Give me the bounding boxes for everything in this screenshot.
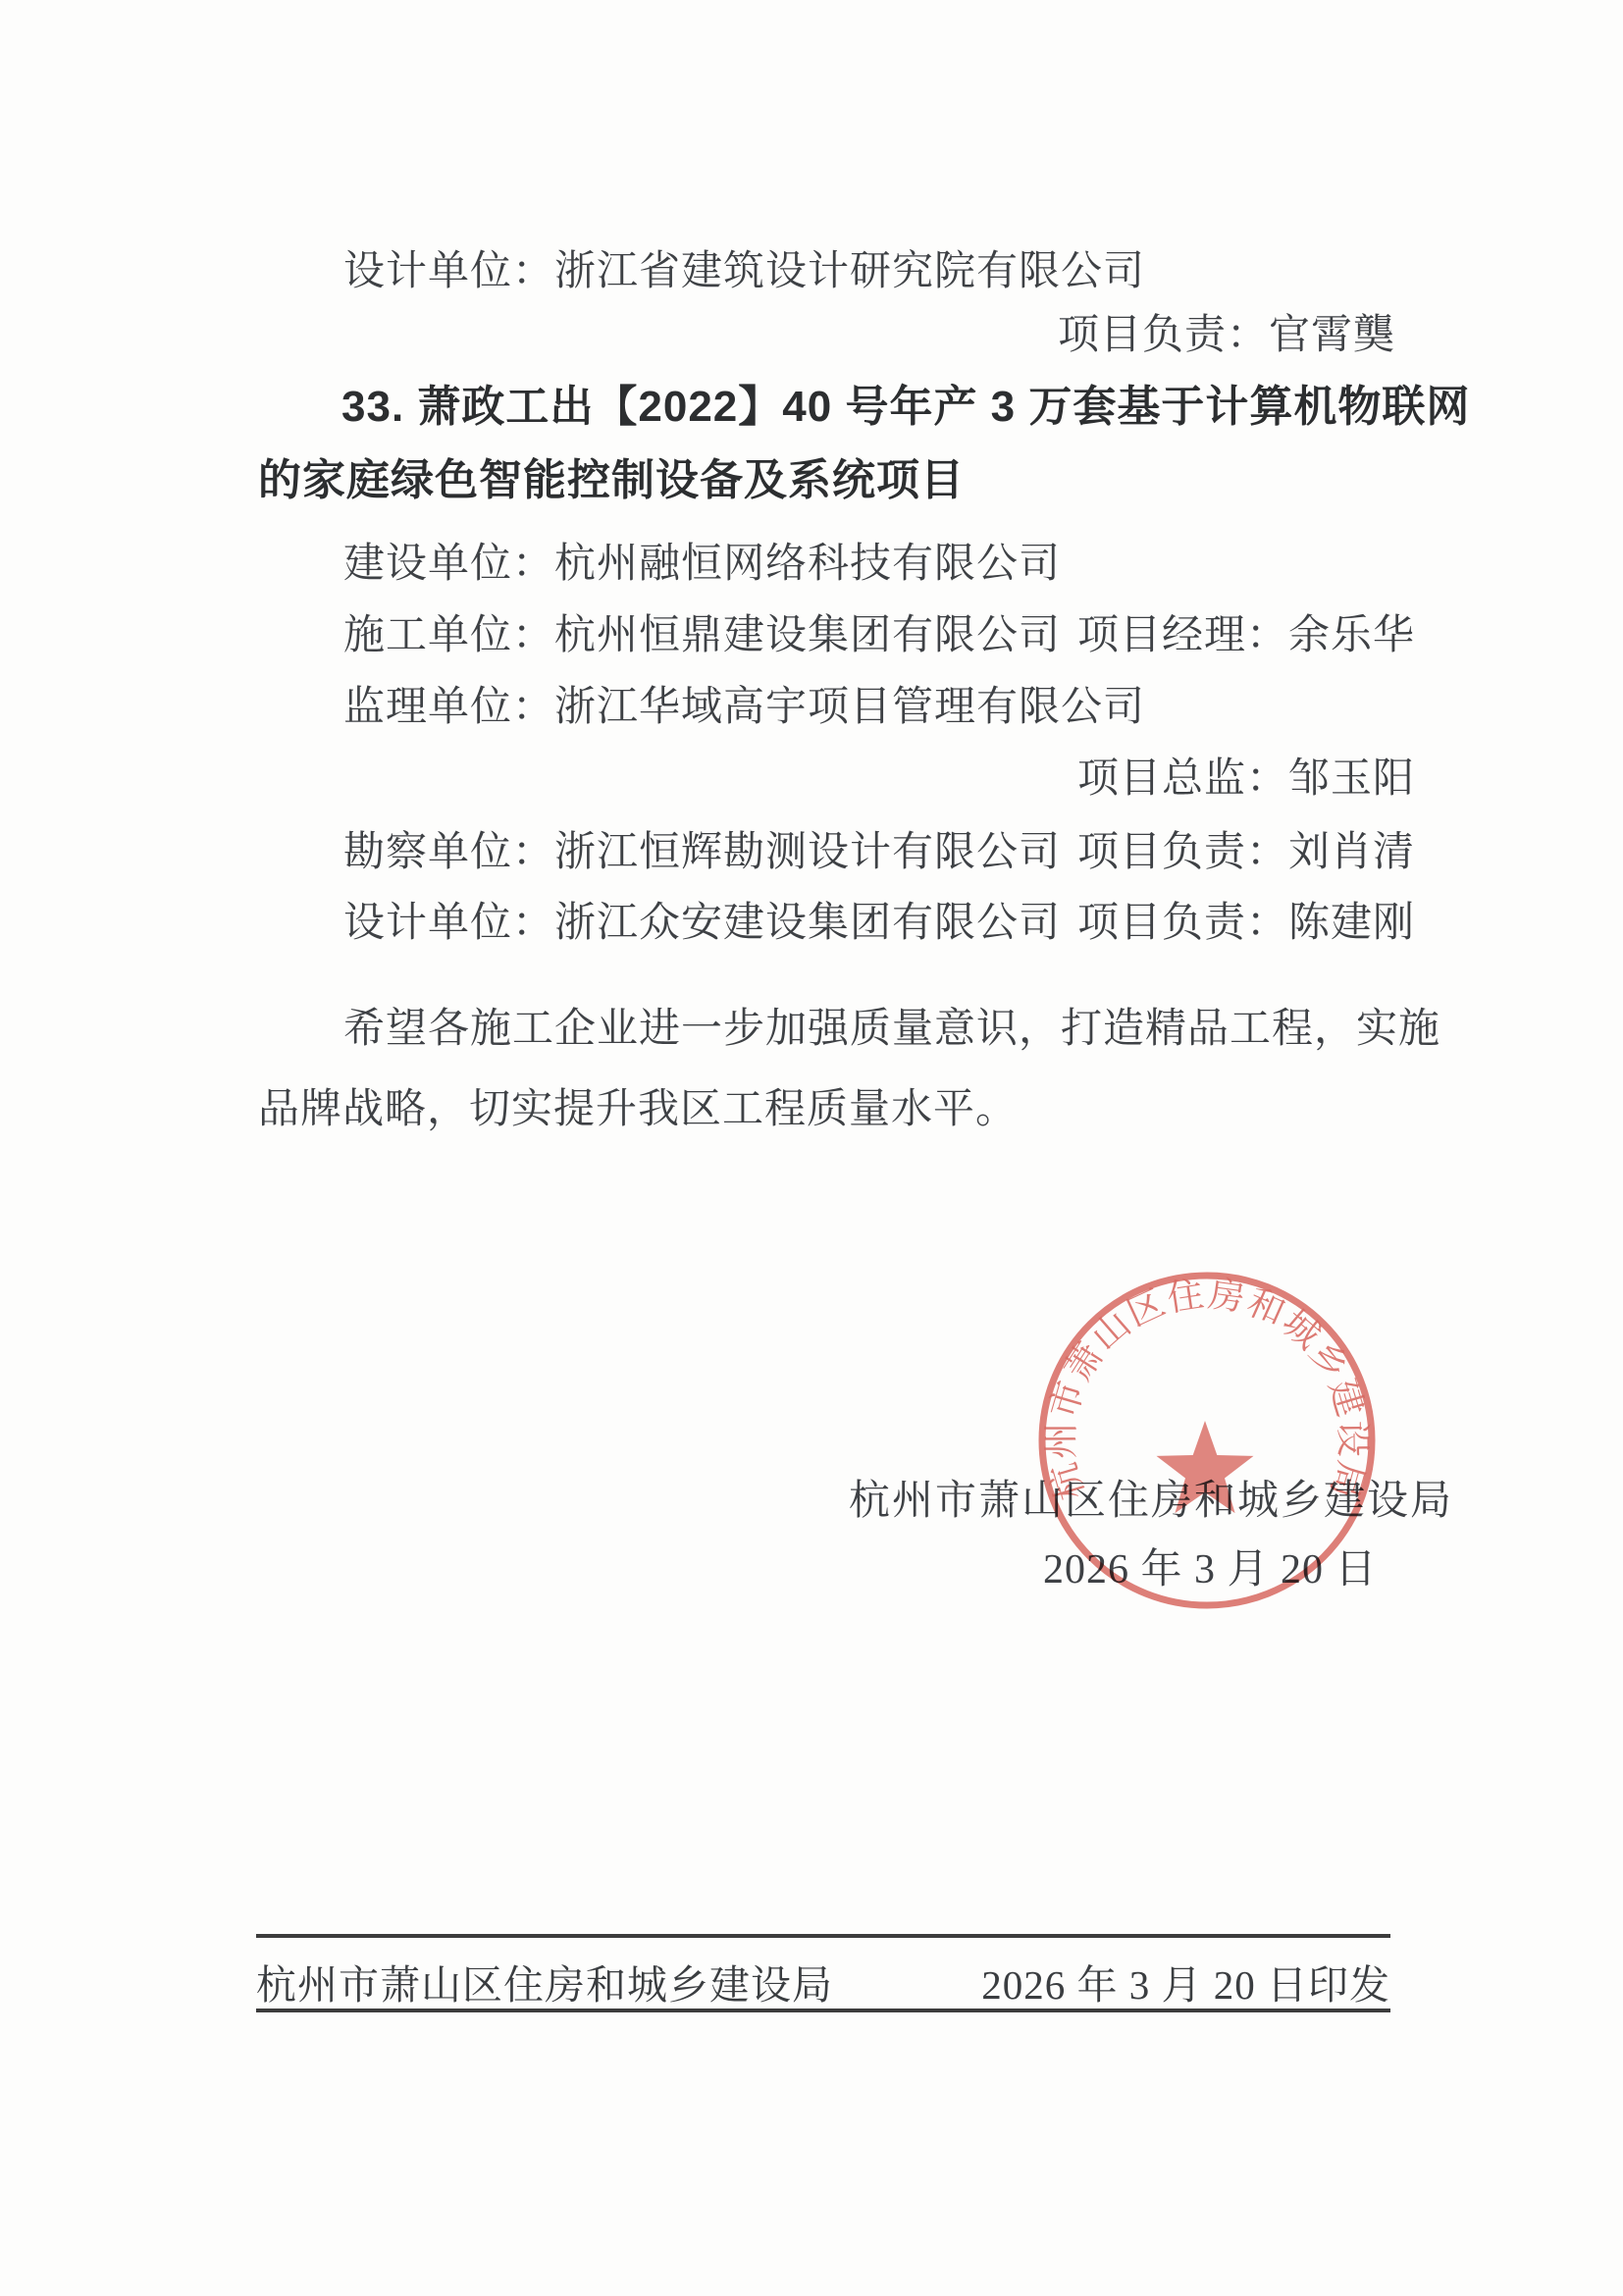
design-unit-line: 设计单位：浙江众安建设集团有限公司 <box>343 890 1061 949</box>
carryover-design-lead-line: 项目负责：官霄龑 <box>1058 302 1395 361</box>
footer-bottom-rule <box>256 2009 1390 2012</box>
design-lead-line: 项目负责：陈建刚 <box>1077 890 1415 949</box>
seal-star-icon <box>1157 1421 1254 1513</box>
construct-unit-line: 施工单位：杭州恒鼎建设集团有限公司 <box>343 602 1061 661</box>
build-unit-line: 建设单位：杭州融恒网络科技有限公司 <box>343 531 1061 590</box>
footer-top-rule <box>256 1934 1390 1938</box>
closing-paragraph-line1: 希望各施工企业进一步加强质量意识，打造精品工程，实施 <box>343 996 1440 1055</box>
carryover-design-unit-line: 设计单位：浙江省建筑设计研究院有限公司 <box>343 238 1145 297</box>
supervise-chief-line: 项目总监：邹玉阳 <box>1077 746 1415 805</box>
project-heading-line2: 的家庭绿色智能控制设备及系统项目 <box>258 444 965 507</box>
survey-lead-line: 项目负责：刘肖清 <box>1077 819 1415 878</box>
footer-issuer: 杭州市萧山区住房和城乡建设局 <box>256 1953 833 2010</box>
official-seal-stamp-icon: 杭州市萧山区住房和城乡建设局 <box>1021 1254 1393 1627</box>
closing-paragraph-line2: 品牌战略，切实提升我区工程质量水平。 <box>258 1076 1018 1135</box>
footer-print-date: 2026 年 3 月 20 日印发 <box>981 1953 1390 2010</box>
official-document-page: 设计单位：浙江省建筑设计研究院有限公司 项目负责：官霄龑 33. 萧政工出【20… <box>0 0 1623 2296</box>
survey-unit-line: 勘察单位：浙江恒辉勘测设计有限公司 <box>343 819 1061 878</box>
supervise-unit-line: 监理单位：浙江华域高宇项目管理有限公司 <box>343 674 1145 733</box>
project-heading-line1: 33. 萧政工出【2022】40 号年产 3 万套基于计算机物联网 <box>341 371 1470 434</box>
footer-row: 杭州市萧山区住房和城乡建设局 2026 年 3 月 20 日印发 <box>256 1953 1390 2010</box>
construct-manager-line: 项目经理：余乐华 <box>1077 602 1415 661</box>
